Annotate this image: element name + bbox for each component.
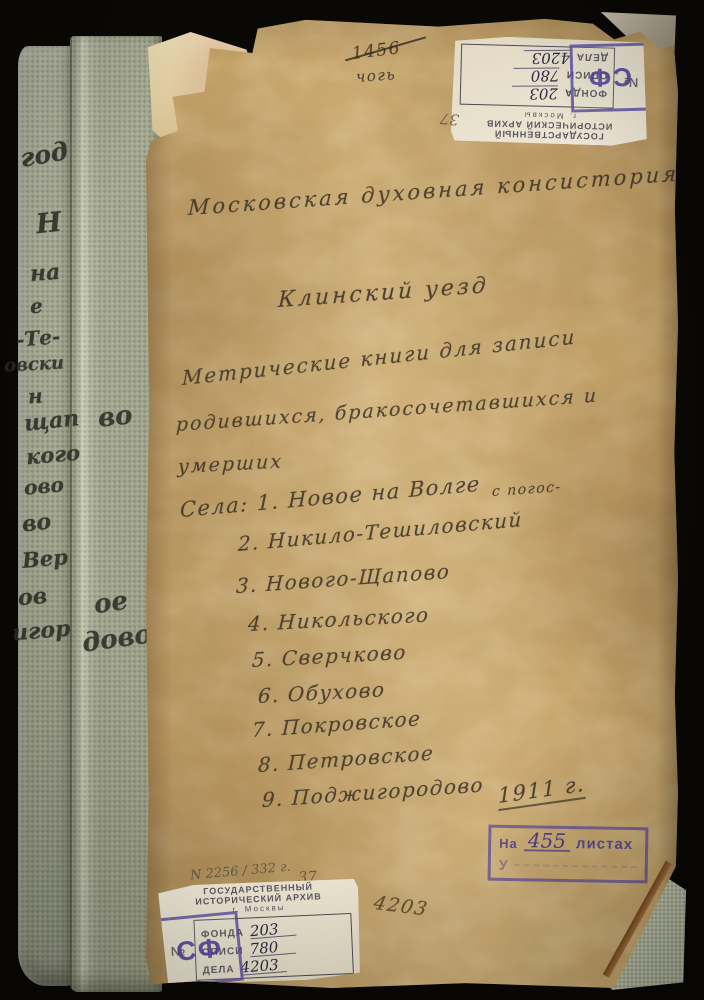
sheets-count-stamp: На 455 листах У (488, 825, 649, 884)
sheets-prefix: На (499, 836, 518, 851)
spine-handwriting-fragment: ов (17, 583, 48, 611)
spine-handwriting-fragment: е (29, 294, 43, 319)
pencil-number-top-right: 37 (439, 109, 460, 129)
faded-stamp-line (514, 864, 637, 868)
sheets-suffix: листах (576, 835, 633, 853)
file-value: 4203 (524, 50, 570, 65)
sheets-number: 455 (524, 832, 571, 852)
spine-handwriting-fragment: Н (34, 207, 63, 240)
fund-value: 203 (512, 85, 558, 100)
spine-handwriting-fragment: овски (3, 352, 64, 376)
sheets-stamp-line2: У (499, 857, 637, 875)
spine-handwriting-fragment: во (97, 400, 134, 433)
sf-stamp-text: СФ (175, 932, 224, 967)
spine-handwriting-fragment: ово (23, 472, 65, 499)
archive-label-bottom-left: ГОСУДАРСТВЕННЫЙ ИСТОРИЧЕСКИЙ АРХИВ г. Мо… (158, 878, 362, 987)
top-note-word: чогь (355, 65, 396, 86)
book-cover-paper: 1456 чогь ГОСУДАРСТВЕННЫЙ ИСТОРИЧЕСКИЙ А… (146, 14, 678, 988)
archive-label-header: ГОСУДАРСТВЕННЫЙ ИСТОРИЧЕСКИЙ АРХИВ г. Мо… (451, 107, 648, 146)
sheets-line2-letter: У (499, 857, 508, 873)
sf-stamp: СФ (156, 911, 244, 989)
archive-book-cover-photo: год Н на е -Те- овски н щап во кого ово … (0, 0, 704, 1000)
spine-handwriting-fragment: ое (92, 586, 130, 620)
spine-handwriting-fragment: кого (25, 440, 81, 470)
spine-handwriting-fragment: н (27, 384, 43, 409)
sf-stamp: СФ (569, 43, 649, 113)
spine-handwriting-fragment: Вер (21, 544, 69, 573)
spine-handwriting-fragment: игор (11, 616, 71, 647)
inventory-value: 780 (514, 67, 560, 82)
file-value: 4203 (240, 957, 287, 976)
sf-stamp-text: СФ (586, 61, 632, 93)
spine-handwriting-fragment: во (21, 509, 53, 538)
spine-handwriting-fragment: -Те- (15, 324, 61, 352)
sheets-stamp-line1: На 455 листах (499, 832, 637, 853)
spine-handwriting-fragment: на (29, 259, 61, 287)
archive-label-top-right: ГОСУДАРСТВЕННЫЙ ИСТОРИЧЕСКИЙ АРХИВ г. Мо… (451, 35, 650, 146)
